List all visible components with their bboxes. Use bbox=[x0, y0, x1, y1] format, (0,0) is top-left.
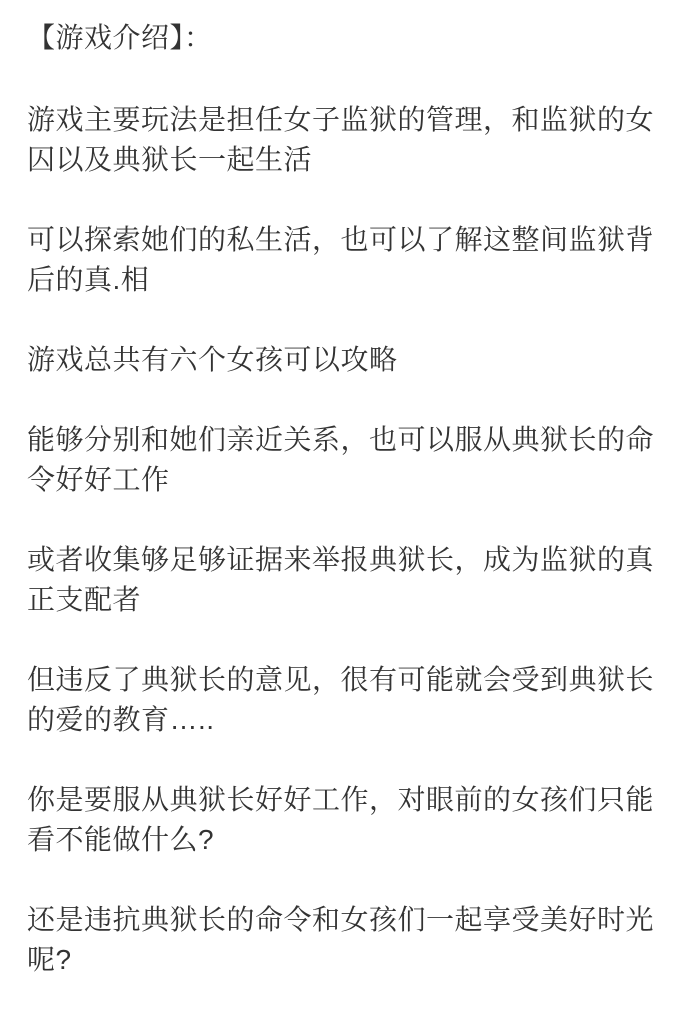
intro-paragraph-gameplay: 游戏主要玩法是担任女子监狱的管理，和监狱的女 囚以及典狱长一起生活 bbox=[27, 100, 660, 180]
intro-paragraph-question-defy: 还是违抗典狱长的命令和女孩们一起享受美好时光 呢? bbox=[27, 900, 660, 980]
intro-paragraph-consequence: 但违反了典狱长的意见，很有可能就会受到典狱长 的爱的教育….. bbox=[27, 660, 660, 740]
game-intro-document: 【游戏介绍】： 游戏主要玩法是担任女子监狱的管理，和监狱的女 囚以及典狱长一起生… bbox=[0, 0, 686, 1024]
page-title: 【游戏介绍】： bbox=[27, 18, 660, 58]
intro-paragraph-girls-count: 游戏总共有六个女孩可以攻略 bbox=[27, 340, 660, 380]
intro-paragraph-question-obey: 你是要服从典狱长好好工作，对眼前的女孩们只能 看不能做什么? bbox=[27, 780, 660, 860]
intro-paragraph-relationships: 能够分别和她们亲近关系，也可以服从典狱长的命 令好好工作 bbox=[27, 420, 660, 500]
intro-paragraph-explore: 可以探索她们的私生活，也可以了解这整间监狱背 后的真.相 bbox=[27, 220, 660, 300]
intro-paragraph-evidence: 或者收集够足够证据来举报典狱长，成为监狱的真 正支配者 bbox=[27, 540, 660, 620]
